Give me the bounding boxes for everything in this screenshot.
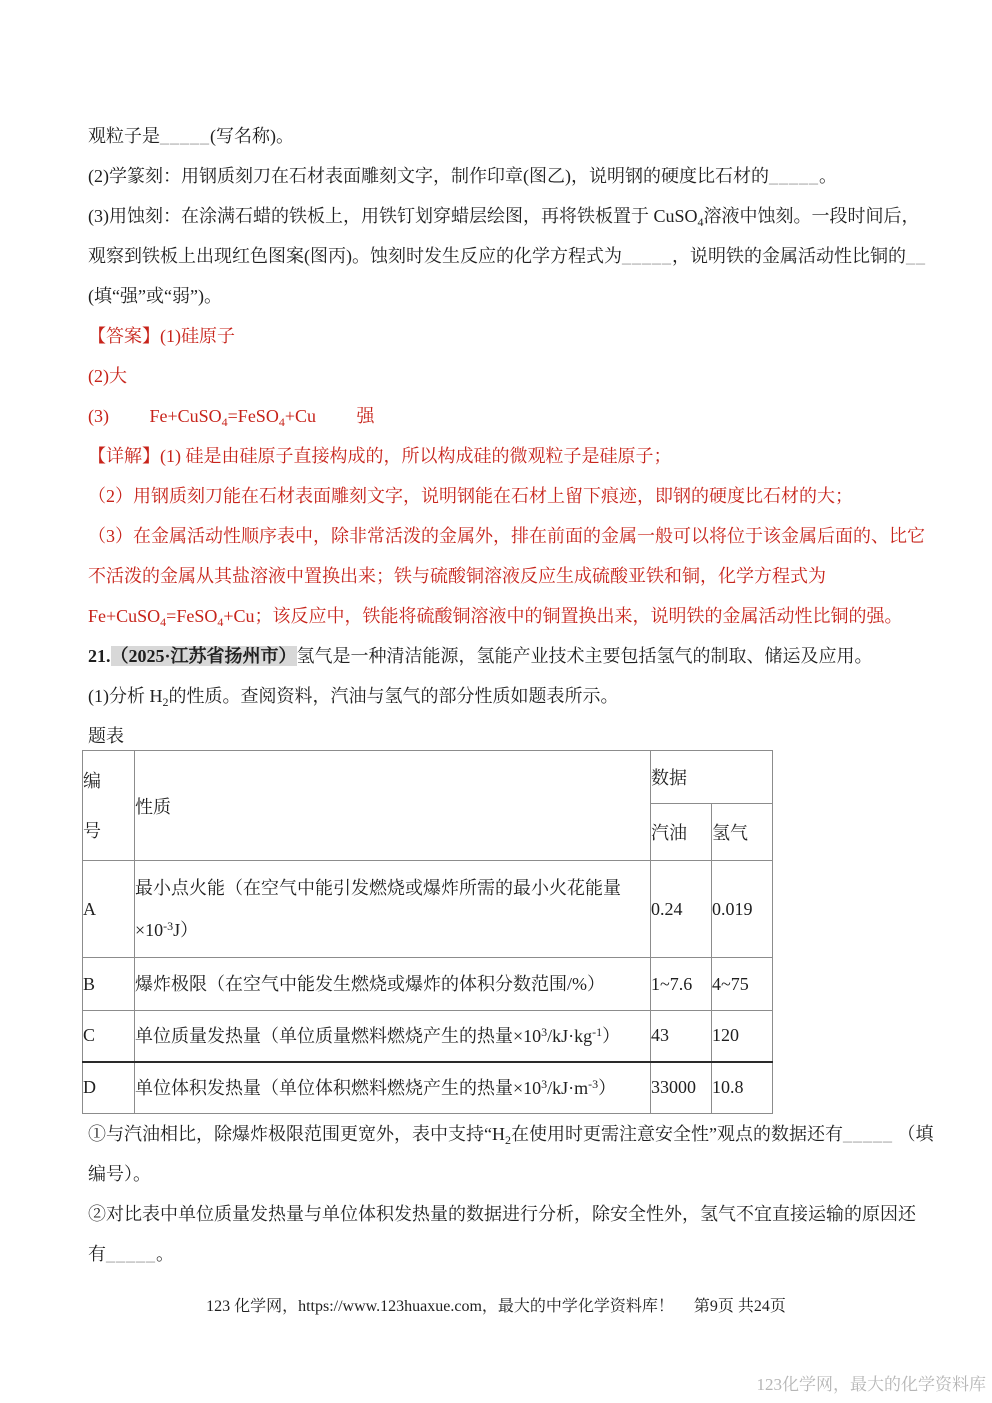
q21-sub2-line2: 有_____。 [88, 1234, 908, 1274]
unit-superscript: -1 [592, 1025, 602, 1039]
text-run: 21. [88, 646, 111, 666]
text-run: 【答案】(1)硅原子 [88, 326, 235, 346]
q21-part1-line: (1)分析 H2的性质。查阅资料，汽油与氢气的部分性质如题表所示。 [88, 676, 908, 716]
text-run: ①与汽油相比，除爆炸极限范围更宽外，表中支持“H [88, 1124, 505, 1144]
text-run: ×10 [135, 920, 163, 940]
row-hydrogen-cell: 120 [712, 1011, 773, 1062]
row-hydrogen-cell: 10.8 [712, 1062, 773, 1114]
q21-stem-line: 21.（2025·江苏省扬州市）氢气是一种清洁能源，氢能产业技术主要包括氢气的制… [88, 636, 908, 676]
col-header-property: 性质 [135, 751, 651, 861]
row-gasoline-cell: 43 [651, 1011, 712, 1062]
table-data-rows: A最小点火能（在空气中能引发燃烧或爆炸所需的最小火花能量×10-3J）0.240… [83, 861, 773, 1114]
text-run: Fe+CuSO [88, 606, 160, 626]
unit-superscript: -3 [163, 919, 173, 933]
text-run: 爆炸极限（在空气中能发生燃烧或爆炸的体积分数范围/%） [135, 974, 605, 994]
q20-part3-line1: (3)用蚀刻：在涂满石蜡的铁板上，用铁钉划穿蜡层绘图，再将铁板置于 CuSO4溶… [88, 196, 908, 236]
text-run: (1)分析 H [88, 686, 163, 706]
answer-part1-line: 【答案】(1)硅原子 [88, 316, 908, 356]
text-run: 观粒子是 [88, 126, 160, 146]
row-gasoline-cell: 1~7.6 [651, 958, 712, 1011]
text-run: /kJ·kg [547, 1026, 592, 1046]
fill-in-blank: _____ [160, 126, 210, 146]
text-run: 编号）。 [88, 1164, 151, 1184]
text-run: (2)大 [88, 366, 127, 386]
table-row: D单位体积发热量（单位体积燃料燃烧产生的热量×103/kJ·m-3）330001… [83, 1062, 773, 1114]
q21-sub1-line2: 编号）。 [88, 1154, 908, 1194]
col-header-data: 数据 [651, 751, 773, 804]
analysis-part1-line: 【详解】(1) 硅是由硅原子直接构成的，所以构成硅的微观粒子是硅原子； [88, 436, 908, 476]
row-property-cell: 爆炸极限（在空气中能发生燃烧或爆炸的体积分数范围/%） [135, 958, 651, 1011]
fill-in-blank: _____ [106, 1244, 156, 1264]
text-run: （2025·江苏省扬州市） [111, 646, 297, 666]
col-header-hydrogen: 氢气 [712, 804, 773, 861]
text-run: 最小点火能（在空气中能引发燃烧或爆炸所需的最小火花能量 [135, 878, 621, 898]
row-property-cell: 单位质量发热量（单位质量燃料燃烧产生的热量×103/kJ·kg-1） [135, 1011, 651, 1062]
answer-part2-line: (2)大 [88, 356, 908, 396]
text-run: =FeSO [166, 606, 217, 626]
text-run: （填 [893, 1124, 934, 1144]
q21-sub2-line1: ②对比表中单位质量发热量与单位体积发热量的数据进行分析，除安全性外，氢气不宜直接… [88, 1194, 908, 1234]
text-run: 观察到铁板上出现红色图案(图丙)。蚀刻时发生反应的化学方程式为 [88, 246, 622, 266]
q20-part3-line2: 观察到铁板上出现红色图案(图丙)。蚀刻时发生反应的化学方程式为_____，说明铁… [88, 236, 908, 276]
q20-micro-particle-line: 观粒子是_____(写名称)。 [88, 116, 908, 156]
q20-part3-line3: (填“强”或“弱”)。 [88, 276, 908, 316]
text-run: 在使用时更需注意安全性”观点的数据还有 [511, 1124, 843, 1144]
text-run: （3）在金属活动性顺序表中，除非常活泼的金属外，排在前面的金属一般可以将位于该金… [88, 526, 925, 546]
text-run: (3)用蚀刻：在涂满石蜡的铁板上，用铁钉划穿蜡层绘图，再将铁板置于 CuSO [88, 206, 698, 226]
text-run: ） [598, 1078, 616, 1098]
properties-table: 编 号 性质 数据 汽油 氢气 A最小点火能（在空气中能引发燃烧或爆炸所需的最小… [82, 750, 773, 1114]
unit-superscript: -3 [588, 1077, 598, 1091]
text-run: (写名称)。 [210, 126, 294, 146]
text-run: 【详解】(1) 硅是由硅原子直接构成的，所以构成硅的微观粒子是硅原子； [88, 446, 672, 466]
fill-in-blank: _____ [622, 246, 672, 266]
text-run: （2）用钢质刻刀能在石材表面雕刻文字，说明钢能在石材上留下痕迹，即钢的硬度比石材… [88, 486, 853, 506]
text-run: ②对比表中单位质量发热量与单位体积发热量的数据进行分析，除安全性外，氢气不宜直接… [88, 1204, 916, 1224]
fill-in-blank: _____ [843, 1124, 893, 1144]
row-property-cell: 单位体积发热量（单位体积燃料燃烧产生的热量×103/kJ·m-3） [135, 1062, 651, 1114]
row-id-cell: B [83, 958, 135, 1011]
text-run: 单位体积发热量（单位体积燃料燃烧产生的热量×10 [135, 1078, 541, 1098]
text-run: (填“强”或“弱”)。 [88, 286, 222, 306]
document-body-text-after-table: ①与汽油相比，除爆炸极限范围更宽外，表中支持“H2在使用时更需注意安全性”观点的… [88, 1114, 908, 1274]
text-run: 有 [88, 1244, 106, 1264]
analysis-part3-line2: 不活泼的金属从其盐溶液中置换出来；铁与硫酸铜溶液反应生成硫酸亚铁和铜，化学方程式… [88, 556, 908, 596]
table-header-row-1: 编 号 性质 数据 [83, 751, 773, 804]
table-row: A最小点火能（在空气中能引发燃烧或爆炸所需的最小火花能量×10-3J）0.240… [83, 861, 773, 958]
document-body-text: 观粒子是_____(写名称)。(2)学篆刻：用钢质刻刀在石材表面雕刻文字，制作印… [88, 116, 908, 716]
text-run: 单位质量发热量（单位质量燃料燃烧产生的热量×10 [135, 1026, 541, 1046]
text-run: +Cu 强 [285, 406, 375, 426]
q21-sub1-line1: ①与汽油相比，除爆炸极限范围更宽外，表中支持“H2在使用时更需注意安全性”观点的… [88, 1114, 908, 1154]
document-page: 观粒子是_____(写名称)。(2)学篆刻：用钢质刻刀在石材表面雕刻文字，制作印… [88, 116, 908, 1274]
row-hydrogen-cell: 0.019 [712, 861, 773, 958]
text-run: =FeSO [228, 406, 279, 426]
q20-part2-line: (2)学篆刻：用钢质刻刀在石材表面雕刻文字，制作印章(图乙)，说明钢的硬度比石材… [88, 156, 908, 196]
table-header: 编 号 性质 数据 汽油 氢气 [83, 751, 773, 861]
analysis-part3-line3: Fe+CuSO4=FeSO4+Cu；该反应中，铁能将硫酸铜溶液中的铜置换出来，说… [88, 596, 908, 636]
analysis-part3-line1: （3）在金属活动性顺序表中，除非常活泼的金属外，排在前面的金属一般可以将位于该金… [88, 516, 908, 556]
text-run: 的性质。查阅资料，汽油与氢气的部分性质如题表所示。 [169, 686, 619, 706]
row-property-cell: 最小点火能（在空气中能引发燃烧或爆炸所需的最小火花能量×10-3J） [135, 861, 651, 958]
text-run: (2)学篆刻：用钢质刻刀在石材表面雕刻文字，制作印章(图乙)，说明钢的硬度比石材… [88, 166, 769, 186]
row-hydrogen-cell: 4~75 [712, 958, 773, 1011]
text-run: +Cu；该反应中，铁能将硫酸铜溶液中的铜置换出来，说明铁的金属活动性比铜的强。 [223, 606, 902, 626]
site-watermark: 123化学网，最大的化学资料库 [757, 1370, 987, 1395]
fill-in-blank: __ [906, 246, 926, 266]
row-id-cell: C [83, 1011, 135, 1062]
table-row: C单位质量发热量（单位质量燃料燃烧产生的热量×103/kJ·kg-1）43120 [83, 1011, 773, 1062]
page-footer: 123 化学网，https://www.123huaxue.com，最大的中学化… [0, 1293, 992, 1316]
row-id-cell: D [83, 1062, 135, 1114]
text-run: J） [173, 920, 198, 940]
text-run: /kJ·m [547, 1078, 588, 1098]
text-run: 氢气是一种清洁能源，氢能产业技术主要包括氢气的制取、储运及应用。 [297, 646, 873, 666]
row-gasoline-cell: 33000 [651, 1062, 712, 1114]
row-id-cell: A [83, 861, 135, 958]
text-run: 不活泼的金属从其盐溶液中置换出来；铁与硫酸铜溶液反应生成硫酸亚铁和铜，化学方程式… [88, 566, 826, 586]
text-run: 。 [156, 1244, 174, 1264]
analysis-part2-line: （2）用钢质刻刀能在石材表面雕刻文字，说明钢能在石材上留下痕迹，即钢的硬度比石材… [88, 476, 908, 516]
col-header-gasoline: 汽油 [651, 804, 712, 861]
text-run: (3) Fe+CuSO [88, 406, 222, 426]
text-run: ，说明铁的金属活动性比铜的 [672, 246, 906, 266]
table-row: B爆炸极限（在空气中能发生燃烧或爆炸的体积分数范围/%）1~7.64~75 [83, 958, 773, 1011]
text-run: ） [602, 1026, 620, 1046]
col-header-id: 编 号 [83, 751, 135, 861]
text-run: 溶液中蚀刻。一段时间后， [704, 206, 920, 226]
answer-part3-equation-line: (3) Fe+CuSO4=FeSO4+Cu 强 [88, 396, 908, 436]
row-gasoline-cell: 0.24 [651, 861, 712, 958]
fill-in-blank: _____ [769, 166, 819, 186]
text-run: 。 [819, 166, 837, 186]
